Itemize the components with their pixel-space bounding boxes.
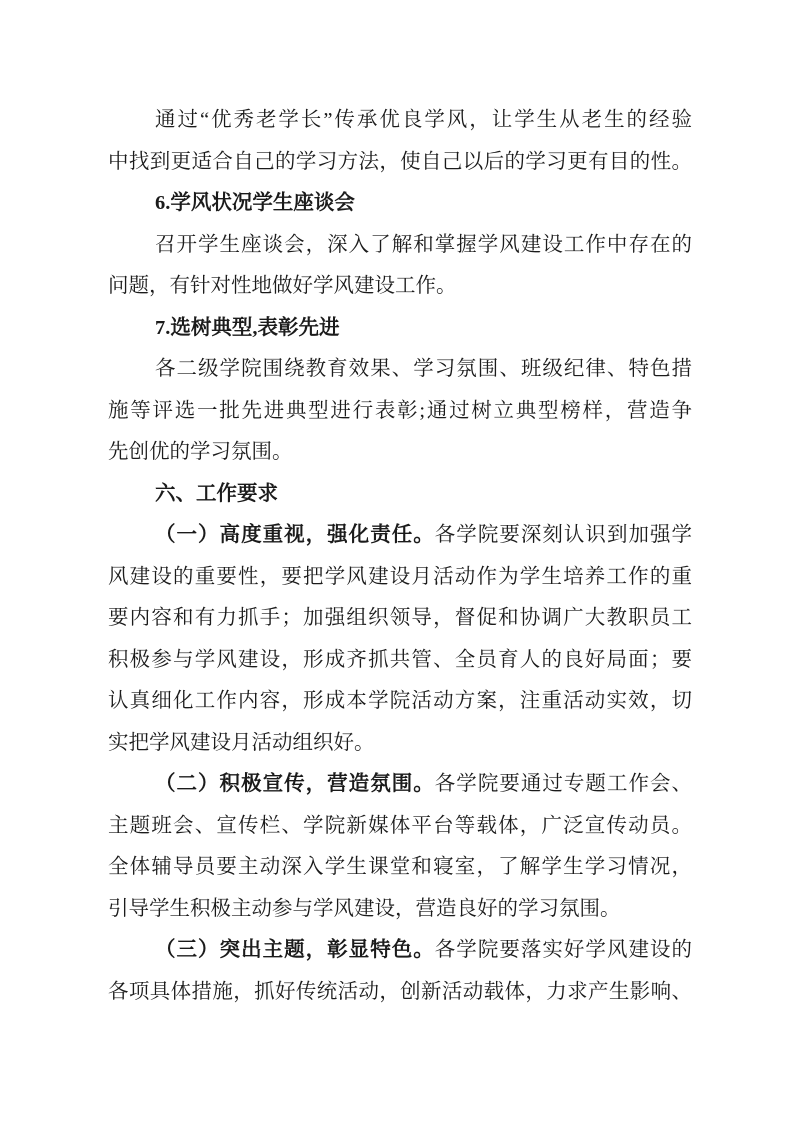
text-segment: 积极参与学风建设，形成齐抓共管、全员育人的良好局面；要: [108, 649, 692, 671]
text-segment: 引导学生积极主动参与学风建设，营造良好的学习氛围。: [108, 898, 621, 920]
text-line: （一）高度重视，强化责任。各学院要深刻认识到加强学: [108, 515, 692, 557]
text-line: 主题班会、宣传栏、学院新媒体平台等载体，广泛宣传动员。: [108, 806, 692, 848]
text-line: 各项具体措施，抓好传统活动，创新活动载体，力求产生影响、: [108, 972, 692, 1014]
text-segment: 主题班会、宣传栏、学院新媒体平台等载体，广泛宣传动员。: [108, 815, 692, 837]
text-line: 先创优的学习氛围。: [108, 432, 692, 474]
text-segment: 风建设的重要性，要把学风建设月活动作为学生培养工作的重: [108, 566, 692, 588]
text-segment: 中找到更适合自己的学习方法，使自己以后的学习更有目的性。: [108, 151, 692, 173]
bold-text-segment: 6.学风状况学生座谈会: [155, 192, 355, 214]
bold-text-segment: 六、工作要求: [155, 483, 278, 505]
bold-text-segment: 7.选树典型,表彰先进: [155, 317, 340, 339]
text-line: 各二级学院围绕教育效果、学习氛围、班级纪律、特色措: [108, 349, 692, 391]
bold-text-segment: （一）高度重视，强化责任。: [155, 524, 435, 546]
text-line: 实把学风建设月活动组织好。: [108, 723, 692, 765]
text-segment: 认真细化工作内容，形成本学院活动方案，注重活动实效，切: [108, 690, 692, 712]
text-segment: 各学院要落实好学风建设的: [435, 939, 692, 961]
text-segment: 通过“优秀老学长”传承优良学风，让学生从老生的经验: [155, 109, 692, 131]
text-line: （三）突出主题，彰显特色。各学院要落实好学风建设的: [108, 930, 692, 972]
text-line: 召开学生座谈会，深入了解和掌握学风建设工作中存在的: [108, 225, 692, 267]
heading-line: 六、工作要求: [108, 474, 692, 516]
text-segment: 全体辅导员要主动深入学生课堂和寝室，了解学生学习情况，: [108, 856, 692, 878]
text-line: 要内容和有力抓手；加强组织领导，督促和协调广大教职员工: [108, 598, 692, 640]
text-segment: 各学院要通过专题工作会、: [435, 773, 692, 795]
heading-line: 7.选树典型,表彰先进: [108, 308, 692, 350]
text-line: 中找到更适合自己的学习方法，使自己以后的学习更有目的性。: [108, 142, 692, 184]
text-line: 施等评选一批先进典型进行表彰;通过树立典型榜样，营造争: [108, 391, 692, 433]
bold-text-segment: （三）突出主题，彰显特色。: [155, 939, 435, 961]
text-segment: 各学院要深刻认识到加强学: [435, 524, 692, 546]
text-line: 引导学生积极主动参与学风建设，营造良好的学习氛围。: [108, 889, 692, 931]
text-segment: 召开学生座谈会，深入了解和掌握学风建设工作中存在的: [155, 234, 692, 256]
text-segment: 各项具体措施，抓好传统活动，创新活动载体，力求产生影响、: [108, 981, 692, 1003]
text-segment: 先创优的学习氛围。: [108, 441, 293, 463]
text-line: 积极参与学风建设，形成齐抓共管、全员育人的良好局面；要: [108, 640, 692, 682]
text-segment: 施等评选一批先进典型进行表彰;通过树立典型榜样，营造争: [108, 400, 692, 422]
text-segment: 实把学风建设月活动组织好。: [108, 732, 375, 754]
text-line: 风建设的重要性，要把学风建设月活动作为学生培养工作的重: [108, 557, 692, 599]
text-line: 认真细化工作内容，形成本学院活动方案，注重活动实效，切: [108, 681, 692, 723]
heading-line: 6.学风状况学生座谈会: [108, 183, 692, 225]
text-line: 通过“优秀老学长”传承优良学风，让学生从老生的经验: [108, 100, 692, 142]
text-segment: 问题，有针对性地做好学风建设工作。: [108, 275, 457, 297]
text-line: 问题，有针对性地做好学风建设工作。: [108, 266, 692, 308]
document-text-block: 通过“优秀老学长”传承优良学风，让学生从老生的经验中找到更适合自己的学习方法，使…: [108, 100, 692, 1013]
document-page: 通过“优秀老学长”传承优良学风，让学生从老生的经验中找到更适合自己的学习方法，使…: [0, 0, 793, 1122]
bold-text-segment: （二）积极宣传，营造氛围。: [155, 773, 435, 795]
text-segment: 各二级学院围绕教育效果、学习氛围、班级纪律、特色措: [155, 358, 692, 380]
text-segment: 要内容和有力抓手；加强组织领导，督促和协调广大教职员工: [108, 607, 692, 629]
text-line: 全体辅导员要主动深入学生课堂和寝室，了解学生学习情况，: [108, 847, 692, 889]
text-line: （二）积极宣传，营造氛围。各学院要通过专题工作会、: [108, 764, 692, 806]
